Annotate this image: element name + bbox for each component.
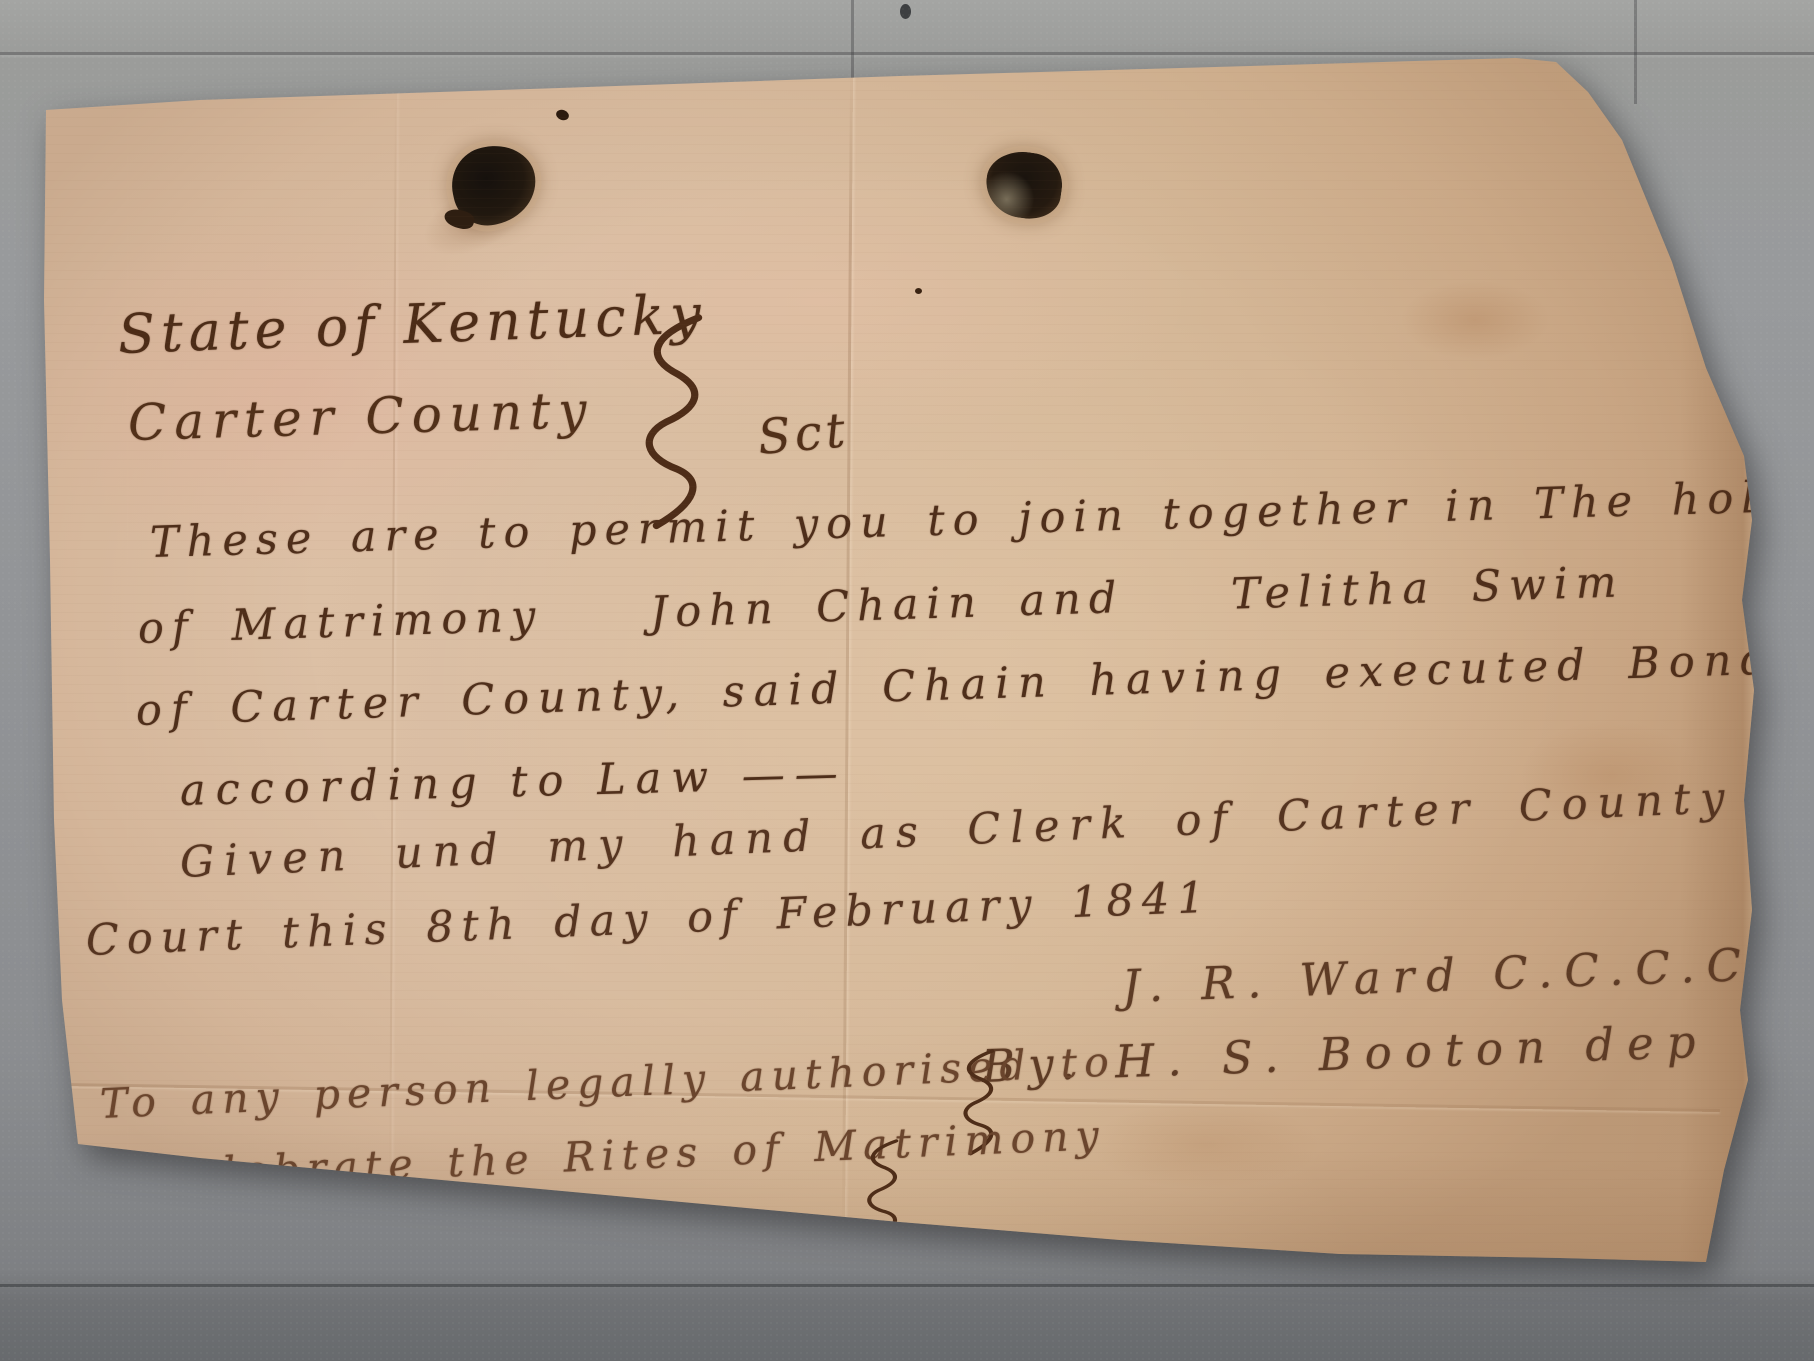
stain — [1520, 720, 1700, 830]
body-line-2: of Matrimony John Chain and Telitha Swim — [137, 561, 1625, 651]
stain — [1400, 280, 1550, 360]
stain — [1090, 1100, 1320, 1190]
body-line-1: These are to permit you to join together… — [149, 471, 1814, 565]
body-line-6: Court this 8th day of February 1841 — [85, 877, 1213, 963]
bottom-edge-shading — [39, 1119, 1742, 1290]
punch-hole-right — [982, 147, 1066, 223]
signature-clerk: J. R. Ward C.C.C.C — [1121, 942, 1753, 1009]
fold-crease-vertical — [389, 90, 397, 1190]
photograph: State of Kentucky Carter County Sct Thes… — [0, 0, 1814, 1361]
ink-speck — [555, 108, 571, 122]
line-sct: Sct — [756, 406, 851, 462]
brace-icon — [948, 1048, 1007, 1156]
ink-speck — [915, 288, 922, 294]
body-line-5: Given und my hand as Clerk of Carter Cou… — [179, 777, 1735, 885]
brace-icon — [622, 313, 719, 531]
signature-deputy: By. H. S. Booton dep — [981, 1019, 1709, 1089]
brace-icon — [852, 1138, 911, 1241]
torn-edge-shading — [1680, 50, 1770, 1280]
address-line-2: to celebrate the Rites of Matrimony — [77, 1115, 1106, 1199]
stain — [412, 170, 537, 271]
line-carter-county: Carter County — [127, 385, 595, 448]
body-line-3: of Carter County, said Chain having exec… — [135, 638, 1777, 733]
fold-crease-vertical — [842, 68, 853, 1233]
paper-shadow-wrap: State of Kentucky Carter County Sct Thes… — [0, 0, 1814, 1361]
line-state-of-kentucky: State of Kentucky — [117, 287, 707, 362]
punch-hole-left — [445, 138, 543, 232]
document-paper: State of Kentucky Carter County Sct Thes… — [0, 0, 1814, 1361]
fold-crease-horizontal — [60, 1083, 1720, 1112]
address-line-1: To any person legally authorised to — [99, 1041, 1116, 1125]
body-line-4: according to Law —— — [179, 753, 848, 813]
